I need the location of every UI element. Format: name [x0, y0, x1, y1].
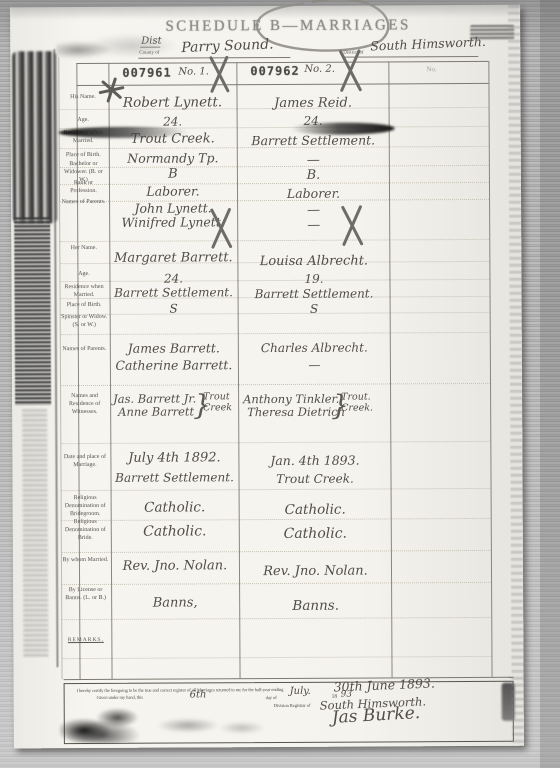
entry-bachelor-1: B	[110, 166, 236, 182]
certificate-number-2: No. 2.	[304, 64, 335, 75]
entry-rel-bride-2: Catholic.	[241, 525, 390, 542]
entry-his-name-1: Robert Lynett.	[110, 94, 236, 111]
entry-rank-1: Laborer.	[110, 183, 236, 199]
entry-date-2: Jan. 4th 1893.	[240, 452, 389, 468]
entry-by-whom-1: Rev. Jno. Nolan.	[112, 558, 238, 574]
field-label-residence-bride: Residence when Married.	[60, 284, 107, 300]
entry-parents-bride-father-1: James Barrett.	[111, 340, 237, 356]
entry-her-name-1: Margaret Barrett.	[110, 250, 236, 266]
field-label-birth-bride: Place of Birth.	[61, 302, 108, 310]
scanned-marriage-register: { "header": { "title": "SCHEDULE B—MARRI…	[0, 0, 560, 768]
pencil-x-mark-col2-header	[334, 48, 366, 94]
certificate-serial-1: 007961	[122, 66, 171, 80]
pencil-asterisk-mark	[98, 77, 124, 103]
entry-birth-groom-2: —	[239, 152, 388, 168]
field-label-date-place: Date and place of Marriage.	[61, 454, 108, 470]
field-label-parents-groom: Names of Parents.	[60, 199, 107, 207]
entry-parents-bride-mother-1: Catherine Barrett.	[111, 357, 237, 373]
entry-parents-bride-father-2: Charles Albrecht.	[240, 340, 389, 355]
month-handwritten: July.	[290, 686, 311, 697]
entry-age-bride-2: 19.	[239, 271, 388, 286]
entry-her-name-2: Louisa Albrecht.	[239, 253, 388, 269]
entry-by-whom-2: Rev. Jno. Nolan.	[241, 563, 390, 579]
field-label-spinster-widow: Spinster or Widow. (S. or W.)	[61, 314, 108, 330]
field-label-age-groom: Age.	[60, 117, 107, 125]
entry-witness1-residence: Trout Creek	[203, 392, 237, 413]
pencil-x-mark-col2-bride	[336, 204, 368, 248]
entry-his-name-2: James Reid.	[239, 95, 388, 111]
certificate-serial-2: 007962	[250, 64, 299, 78]
field-label-age-bride: Age.	[60, 271, 107, 279]
entry-witness2-residence: Trout. Creek.	[341, 392, 379, 413]
pencil-x-mark-col1-header	[204, 54, 234, 94]
county-of-label: County of	[139, 51, 159, 56]
day-of-label: day of	[266, 695, 277, 700]
entry-place-2: Trout Creek.	[240, 471, 389, 486]
entry-age-groom-1: 24.	[110, 114, 236, 129]
entry-age-groom-2: 24.	[239, 113, 388, 128]
field-label-parents-bride: Names of Parents.	[61, 346, 108, 354]
entry-parents-bride-mother-2: —	[240, 357, 389, 372]
field-label-rank: Rank or Profession.	[60, 180, 107, 196]
registrar-label: Division Registrar of	[274, 703, 311, 708]
field-label-her-name: Her Name.	[60, 245, 107, 253]
field-label-remarks: REMARKS.	[62, 637, 109, 644]
field-label-residence-groom: Residence when Married.	[60, 130, 107, 146]
entry-rel-bridegroom-2: Catholic.	[241, 501, 390, 518]
given-under-hand-label: Given under my hand, this	[97, 695, 143, 700]
entry-residence-bride-2: Barrett Settlement.	[240, 286, 389, 301]
field-label-by-whom: By whom Married.	[62, 557, 109, 565]
district-handwritten-prefix: Dist	[141, 36, 161, 47]
entry-age-bride-1: 24.	[110, 271, 236, 286]
entry-banns-1: Banns,	[112, 595, 238, 611]
header-rule	[140, 47, 160, 48]
certificate-number-3-label: No.	[426, 65, 436, 73]
entry-witness1-name-b: Anne Barrett	[118, 404, 194, 418]
field-label-license-banns: By License or Banns. (L. or B.)	[62, 587, 109, 603]
field-label-witnesses: Names and Residence of Witnesses.	[61, 393, 108, 417]
entry-residence-groom-2: Barrett Settlement.	[239, 132, 388, 148]
field-label-rel-bridegroom: Religious Denomination of Bridegroom.	[62, 495, 109, 519]
document: SCHEDULE B—MARRIAGES Dist County of Parr…	[0, 0, 560, 768]
pencil-x-mark-col1-bride	[205, 206, 237, 250]
day-handwritten: 6th	[190, 689, 207, 700]
field-label-rel-bride: Religious Denomination of Bride.	[62, 519, 109, 543]
entry-spinster-1: S	[111, 301, 237, 316]
entry-spinster-2: S	[240, 301, 389, 316]
entry-bachelor-2: B.	[239, 167, 388, 183]
entry-banns-2: Banns.	[241, 597, 390, 614]
entry-residence-bride-1: Barrett Settlement.	[111, 285, 237, 300]
entry-residence-groom-1: Trout Creek.	[110, 131, 236, 147]
entry-birth-groom-1: Normandy Tp.	[110, 150, 236, 166]
field-label-birth-groom: Place of Birth.	[60, 152, 107, 160]
entry-rel-bride-1: Catholic.	[112, 523, 238, 540]
entry-date-1: July 4th 1892.	[111, 450, 237, 466]
entry-place-1: Barrett Settlement.	[111, 470, 237, 485]
entry-rank-2: Laborer.	[239, 185, 388, 201]
entry-rel-bridegroom-1: Catholic.	[112, 499, 238, 516]
